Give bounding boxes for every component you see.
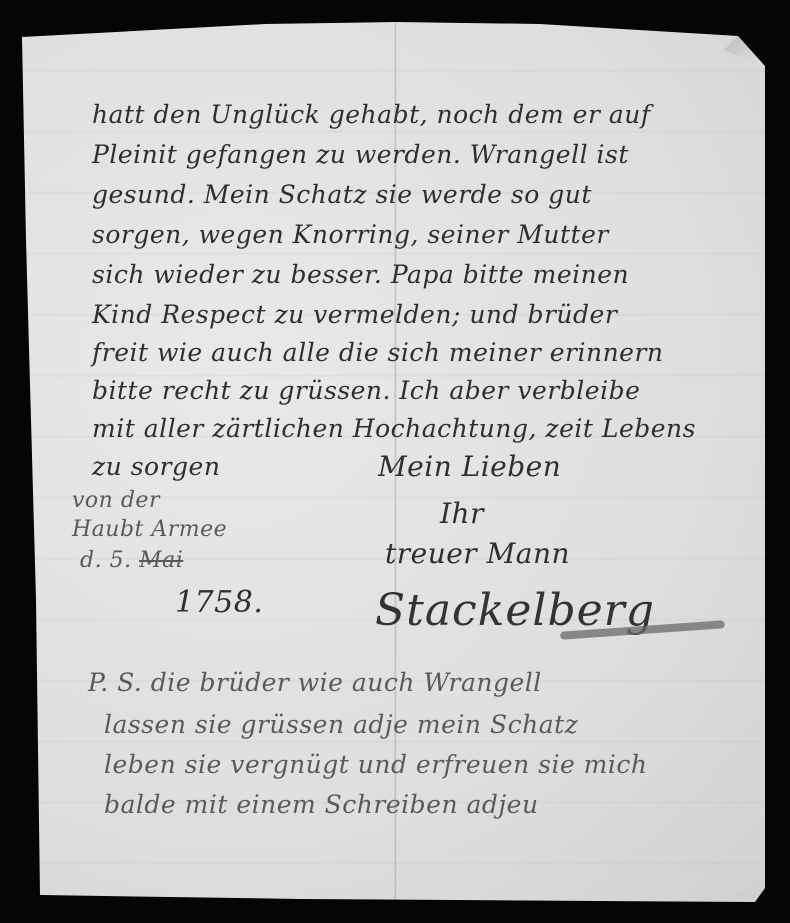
margin-note-struck-month: Mai [139, 548, 183, 573]
body-line-9: mit aller zärtlichen Hochachtung, zeit L… [92, 414, 696, 443]
postscript-line-2: lassen sie grüssen adje mein Schatz [104, 710, 578, 739]
closing-line-1: Mein Lieben [378, 450, 561, 483]
body-line-2: Pleinit gefangen zu werden. Wrangell ist [92, 140, 629, 169]
body-line-7: freit wie auch alle die sich meiner erin… [92, 338, 664, 367]
margin-note-date: d. 5. [80, 548, 132, 573]
body-line-5: sich wieder zu besser. Papa bitte meinen [92, 260, 629, 289]
body-line-1: hatt den Unglück gehabt, noch dem er auf [92, 100, 651, 129]
postscript-line-3: leben sie vergnügt und erfreuen sie mich [104, 750, 648, 779]
margin-note-line-1: von der [72, 488, 160, 513]
closing-line-3: treuer Mann [385, 537, 570, 570]
postscript-line-1: P. S. die brüder wie auch Wrangell [88, 668, 542, 697]
margin-note-line-3: d. 5. Mai [80, 548, 183, 573]
body-line-4: sorgen, wegen Knorring, seiner Mutter [92, 220, 609, 249]
body-line-8: bitte recht zu grüssen. Ich aber verblei… [92, 376, 640, 405]
postscript-line-4: balde mit einem Schreiben adjeu [104, 790, 539, 819]
body-line-3: gesund. Mein Schatz sie werde so gut [92, 180, 592, 209]
margin-note-year: 1758. [175, 585, 263, 620]
body-line-10: zu sorgen [92, 452, 220, 481]
margin-note-line-2: Haubt Armee [72, 517, 227, 542]
closing-line-2: Ihr [440, 497, 484, 530]
body-line-6: Kind Respect zu vermelden; und brüder [92, 300, 617, 329]
